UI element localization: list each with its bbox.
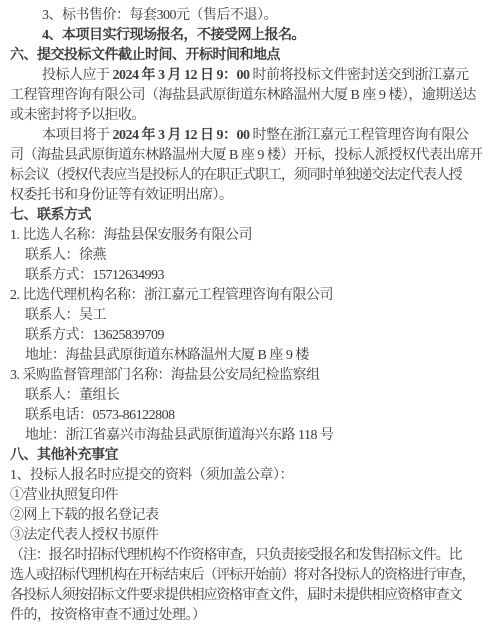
item-3-bid-price-seg-0: 3、标书售价：每套300元（售后不退）。 — [42, 8, 277, 23]
contact-2-org-name: 2. 比选代理机构名称：浙江嘉元工程管理咨询有限公司 — [10, 286, 482, 306]
material-1-business-license: ①营业执照复印件 — [10, 486, 482, 506]
para-bid-opening-line-1-seg-0: 本项目将于 — [42, 128, 113, 143]
note-line-2: 选人或招标代理机构在开标结束后（评标开始前）将对各投标人的资格进行审查， — [10, 566, 482, 586]
item-4-onsite-registration: 4、本项目实行现场报名，不接受网上报名。 — [10, 26, 482, 46]
contact-1-org-name-seg-0: 1. 比选人名称：海盐县保安服务有限公司 — [10, 228, 252, 243]
para-submission-deadline-line-1-seg-0: 投标人应于 — [42, 68, 113, 83]
contact-3-org-name: 3. 采购监督管理部门名称：海盐县公安局纪检监察组 — [10, 366, 482, 386]
material-3-authorization-letter-seg-0: ③法定代表人授权书原件 — [10, 528, 159, 543]
material-2-registration-form: ②网上下载的报名登记表 — [10, 506, 482, 526]
section-7-heading: 七、联系方式 — [10, 206, 482, 226]
document-body: 3、标书售价：每套300元（售后不退）。4、本项目实行现场报名，不接受网上报名。… — [10, 6, 482, 626]
note-line-1-seg-0: （注：报名时招标代理机构不作资格审查，只负责接受报名和发售招标文件。比 — [10, 548, 462, 563]
contact-3-address-seg-0: 地址：浙江省嘉兴市海盐县武原街道海兴东路 118 号 — [25, 428, 333, 443]
material-3-authorization-letter: ③法定代表人授权书原件 — [10, 526, 482, 546]
para-bid-opening-line-1: 本项目将于 2024 年 3 月 12 日 9：00 时整在浙江嘉元工程管理咨询… — [10, 126, 482, 146]
para-bid-opening-line-1-seg-1: 2024 年 3 月 12 日 9：00 — [113, 128, 250, 143]
item-3-bid-price: 3、标书售价：每套300元（售后不退）。 — [10, 6, 482, 26]
para-submission-deadline-line-2: 工程管理咨询有限公司（海盐县武原街道东林路温州大厦 B 座 9 楼），逾期送达 — [10, 86, 482, 106]
material-2-registration-form-seg-0: ②网上下载的报名登记表 — [10, 508, 159, 523]
contact-3-address: 地址：浙江省嘉兴市海盐县武原街道海兴东路 118 号 — [10, 426, 482, 446]
section-8-heading: 八、其他补充事宜 — [10, 446, 482, 466]
note-line-3: 各投标人须按招标文件要求提供相应资格审查文件，届时未提供相应资格审查文 — [10, 586, 482, 606]
section-6-heading: 六、提交投标文件截止时间、开标时间和地点 — [10, 46, 482, 66]
contact-1-person-seg-0: 联系人：徐燕 — [25, 248, 106, 263]
para-bid-opening-line-4: 权委托书和身份证等有效证明出席）。 — [10, 186, 482, 206]
para-bid-opening-line-1-seg-2: 时整在浙江嘉元工程管理咨询有限公 — [250, 128, 469, 143]
note-line-4-seg-0: 件的，按资格审查不通过处理。） — [10, 608, 206, 623]
contact-2-phone-seg-0: 联系方式：13625839709 — [25, 328, 164, 343]
contact-1-person: 联系人：徐燕 — [10, 246, 482, 266]
contact-2-phone: 联系方式：13625839709 — [10, 326, 482, 346]
para-submission-deadline-line-2-seg-0: 工程管理咨询有限公司（海盐县武原街道东林路温州大厦 B 座 9 楼），逾期送达 — [10, 88, 476, 103]
para-submission-deadline-line-1: 投标人应于 2024 年 3 月 12 日 9：00 时前将投标文件密封送交到浙… — [10, 66, 482, 86]
contact-3-person-seg-0: 联系人：董组长 — [25, 388, 120, 403]
para-bid-opening-line-3-seg-0: 标会议（授权代表应当是投标人的在职正式职工，须同时单独递交法定代表人授 — [10, 168, 462, 183]
contact-3-phone-seg-0: 联系电话：0573-86122808 — [25, 408, 175, 423]
para-bid-opening-line-2-seg-0: 司（海盐县武原街道东林路温州大厦 B 座 9 楼）开标，投标人派授权代表出席开 — [10, 148, 482, 163]
item-1-required-materials: 1、投标人报名时应提交的资料（须加盖公章）： — [10, 466, 482, 486]
contact-3-org-name-seg-0: 3. 采购监督管理部门名称：海盐县公安局纪检监察组 — [10, 368, 320, 383]
document-page: 3、标书售价：每套300元（售后不退）。4、本项目实行现场报名，不接受网上报名。… — [0, 0, 492, 627]
contact-2-person: 联系人：吴工 — [10, 306, 482, 326]
section-6-heading-seg-0: 六、提交投标文件截止时间、开标时间和地点 — [10, 48, 280, 63]
material-1-business-license-seg-0: ①营业执照复印件 — [10, 488, 118, 503]
item-4-onsite-registration-seg-0: 4、本项目实行现场报名，不接受网上报名。 — [42, 28, 305, 43]
para-bid-opening-line-3: 标会议（授权代表应当是投标人的在职正式职工，须同时单独递交法定代表人授 — [10, 166, 482, 186]
contact-2-address: 地址：海盐县武原街道东林路温州大厦 B 座 9 楼 — [10, 346, 482, 366]
para-submission-deadline-line-3: 或未密封将予以拒收。 — [10, 106, 482, 126]
contact-2-org-name-seg-0: 2. 比选代理机构名称：浙江嘉元工程管理咨询有限公司 — [10, 288, 333, 303]
para-submission-deadline-line-3-seg-0: 或未密封将予以拒收。 — [10, 108, 145, 123]
contact-3-phone: 联系电话：0573-86122808 — [10, 406, 482, 426]
note-line-3-seg-0: 各投标人须按招标文件要求提供相应资格审查文件，届时未提供相应资格审查文 — [10, 588, 462, 603]
contact-2-address-seg-0: 地址：海盐县武原街道东林路温州大厦 B 座 9 楼 — [25, 348, 309, 363]
contact-1-phone: 联系方式：15712634993 — [10, 266, 482, 286]
contact-2-person-seg-0: 联系人：吴工 — [25, 308, 106, 323]
item-1-required-materials-seg-0: 1、投标人报名时应提交的资料（须加盖公章）： — [10, 468, 293, 483]
section-8-heading-seg-0: 八、其他补充事宜 — [10, 448, 118, 463]
para-submission-deadline-line-1-seg-2: 时前将投标文件密封送交到浙江嘉元 — [250, 68, 469, 83]
para-bid-opening-line-4-seg-0: 权委托书和身份证等有效证明出席）。 — [10, 188, 233, 203]
para-submission-deadline-line-1-seg-1: 2024 年 3 月 12 日 9：00 — [113, 68, 250, 83]
contact-3-person: 联系人：董组长 — [10, 386, 482, 406]
contact-1-org-name: 1. 比选人名称：海盐县保安服务有限公司 — [10, 226, 482, 246]
contact-1-phone-seg-0: 联系方式：15712634993 — [25, 268, 164, 283]
note-line-2-seg-0: 选人或招标代理机构在开标结束后（评标开始前）将对各投标人的资格进行审查， — [10, 568, 474, 583]
para-bid-opening-line-2: 司（海盐县武原街道东林路温州大厦 B 座 9 楼）开标，投标人派授权代表出席开 — [10, 146, 482, 166]
note-line-1: （注：报名时招标代理机构不作资格审查，只负责接受报名和发售招标文件。比 — [10, 546, 482, 566]
note-line-4: 件的，按资格审查不通过处理。） — [10, 606, 482, 626]
section-7-heading-seg-0: 七、联系方式 — [10, 208, 91, 223]
